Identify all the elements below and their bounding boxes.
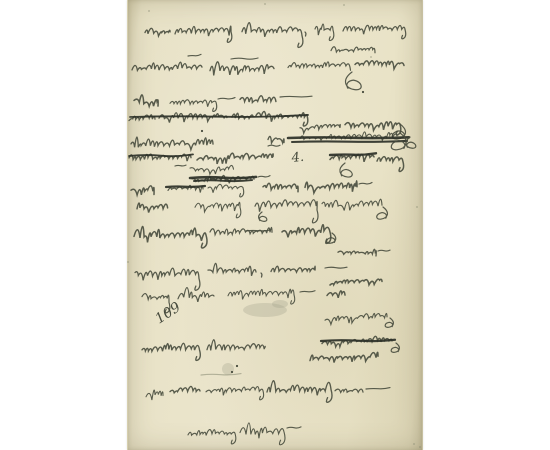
ink-word-stroke: [188, 430, 236, 444]
ink-annotation-number: 4.: [290, 150, 305, 166]
ink-word-stroke: [305, 181, 357, 193]
ink-word-stroke: [345, 122, 401, 135]
ink-word-stroke: [338, 249, 376, 256]
ink-dash: [201, 374, 241, 375]
ink-dash: [258, 176, 270, 177]
ink-word-stroke: [330, 279, 382, 285]
ink-word-stroke: [315, 24, 334, 41]
ink-word-stroke: [282, 225, 331, 244]
ink-annotation-number: 109: [152, 299, 183, 327]
ink-word-stroke: [159, 113, 227, 123]
ink-word-stroke: [343, 25, 406, 38]
ink-dash: [280, 96, 312, 97]
ink-dash: [188, 54, 201, 56]
ink-word-stroke: [135, 268, 200, 290]
ink-strikethrough: [330, 153, 376, 155]
ink-word-stroke: [131, 137, 213, 150]
ink-dash: [246, 230, 270, 231]
ink-word-stroke: [256, 111, 308, 126]
ink-dot: [236, 365, 238, 367]
ink-comma: [261, 273, 262, 277]
ink-dot: [148, 10, 150, 12]
ink-word-stroke: [310, 352, 378, 362]
ink-word-stroke: [325, 313, 387, 324]
ink-dash: [359, 182, 372, 184]
manuscript-scan: 4.109: [0, 0, 550, 450]
ink-word-stroke: [206, 387, 264, 400]
ink-flourish: [391, 343, 399, 352]
ink-dot: [416, 206, 418, 208]
ink-word-stroke: [355, 61, 404, 69]
ink-dot: [419, 446, 421, 448]
ink-strikethrough: [190, 177, 256, 178]
ink-word-stroke: [207, 340, 265, 351]
ink-flourish: [385, 318, 393, 327]
ink-dash: [325, 267, 347, 268]
ink-flourish: [377, 207, 388, 219]
ink-word-stroke: [195, 202, 241, 217]
ink-dot: [127, 261, 129, 263]
ink-dash: [218, 98, 235, 99]
ink-dot: [201, 130, 203, 132]
ink-word-stroke: [268, 136, 284, 143]
ink-word-stroke: [170, 100, 217, 112]
ink-flourish: [346, 72, 362, 90]
ink-word-stroke: [134, 95, 158, 106]
ink-word-stroke: [170, 386, 200, 392]
ink-dash: [378, 250, 390, 251]
ink-smudge: [272, 300, 288, 308]
ink-dash: [268, 145, 280, 146]
ink-word-stroke: [377, 157, 404, 172]
ink-word-stroke: [175, 26, 232, 42]
ink-flourish: [406, 137, 416, 148]
ink-word-stroke: [331, 47, 375, 53]
ink-word-stroke: [145, 28, 170, 36]
ink-word-stroke: [142, 343, 200, 360]
ink-strikethrough: [321, 340, 395, 341]
ink-word-stroke: [288, 62, 351, 71]
ink-strikethrough: [194, 180, 252, 181]
ink-word-stroke: [327, 291, 345, 298]
ink-word-stroke: [197, 153, 273, 164]
ink-word-stroke: [210, 62, 274, 76]
ink-smudge: [222, 363, 234, 375]
ink-word-stroke: [271, 266, 315, 272]
ink-word-stroke: [335, 389, 363, 392]
ink-word-stroke: [263, 183, 298, 192]
ink-word-stroke: [190, 165, 234, 174]
ink-dot: [130, 117, 132, 119]
ink-word-stroke: [240, 96, 276, 103]
ink-flourish: [259, 212, 267, 221]
ink-dot: [362, 91, 364, 93]
ink-dash: [300, 291, 315, 292]
ink-dot: [264, 3, 266, 5]
ink-dot: [413, 443, 415, 445]
ink-dash: [175, 165, 186, 166]
ink-word-stroke: [255, 200, 318, 223]
handwriting-ink-layer: 4.109: [0, 0, 550, 450]
ink-dot: [231, 371, 233, 373]
ink-dot: [370, 56, 372, 58]
ink-word-stroke: [131, 186, 154, 195]
ink-word-stroke: [132, 62, 202, 70]
ink-comma: [305, 32, 306, 36]
ink-strikethrough: [166, 186, 205, 187]
ink-word-stroke: [240, 423, 285, 445]
ink-word-stroke: [146, 390, 163, 400]
ink-dot: [343, 4, 345, 6]
ink-word-stroke: [242, 23, 303, 48]
ink-flourish: [340, 163, 352, 177]
ink-word-stroke: [137, 203, 168, 212]
ink-word-stroke: [134, 226, 207, 247]
ink-word-stroke: [208, 184, 244, 197]
ink-strikethrough: [288, 137, 409, 138]
ink-word-stroke: [267, 381, 332, 403]
ink-dash: [287, 427, 301, 428]
ink-word-stroke: [322, 199, 382, 210]
ink-dash: [366, 388, 390, 389]
ink-word-stroke: [208, 263, 256, 275]
ink-strikethrough: [292, 141, 407, 142]
ink-dash: [231, 58, 258, 59]
